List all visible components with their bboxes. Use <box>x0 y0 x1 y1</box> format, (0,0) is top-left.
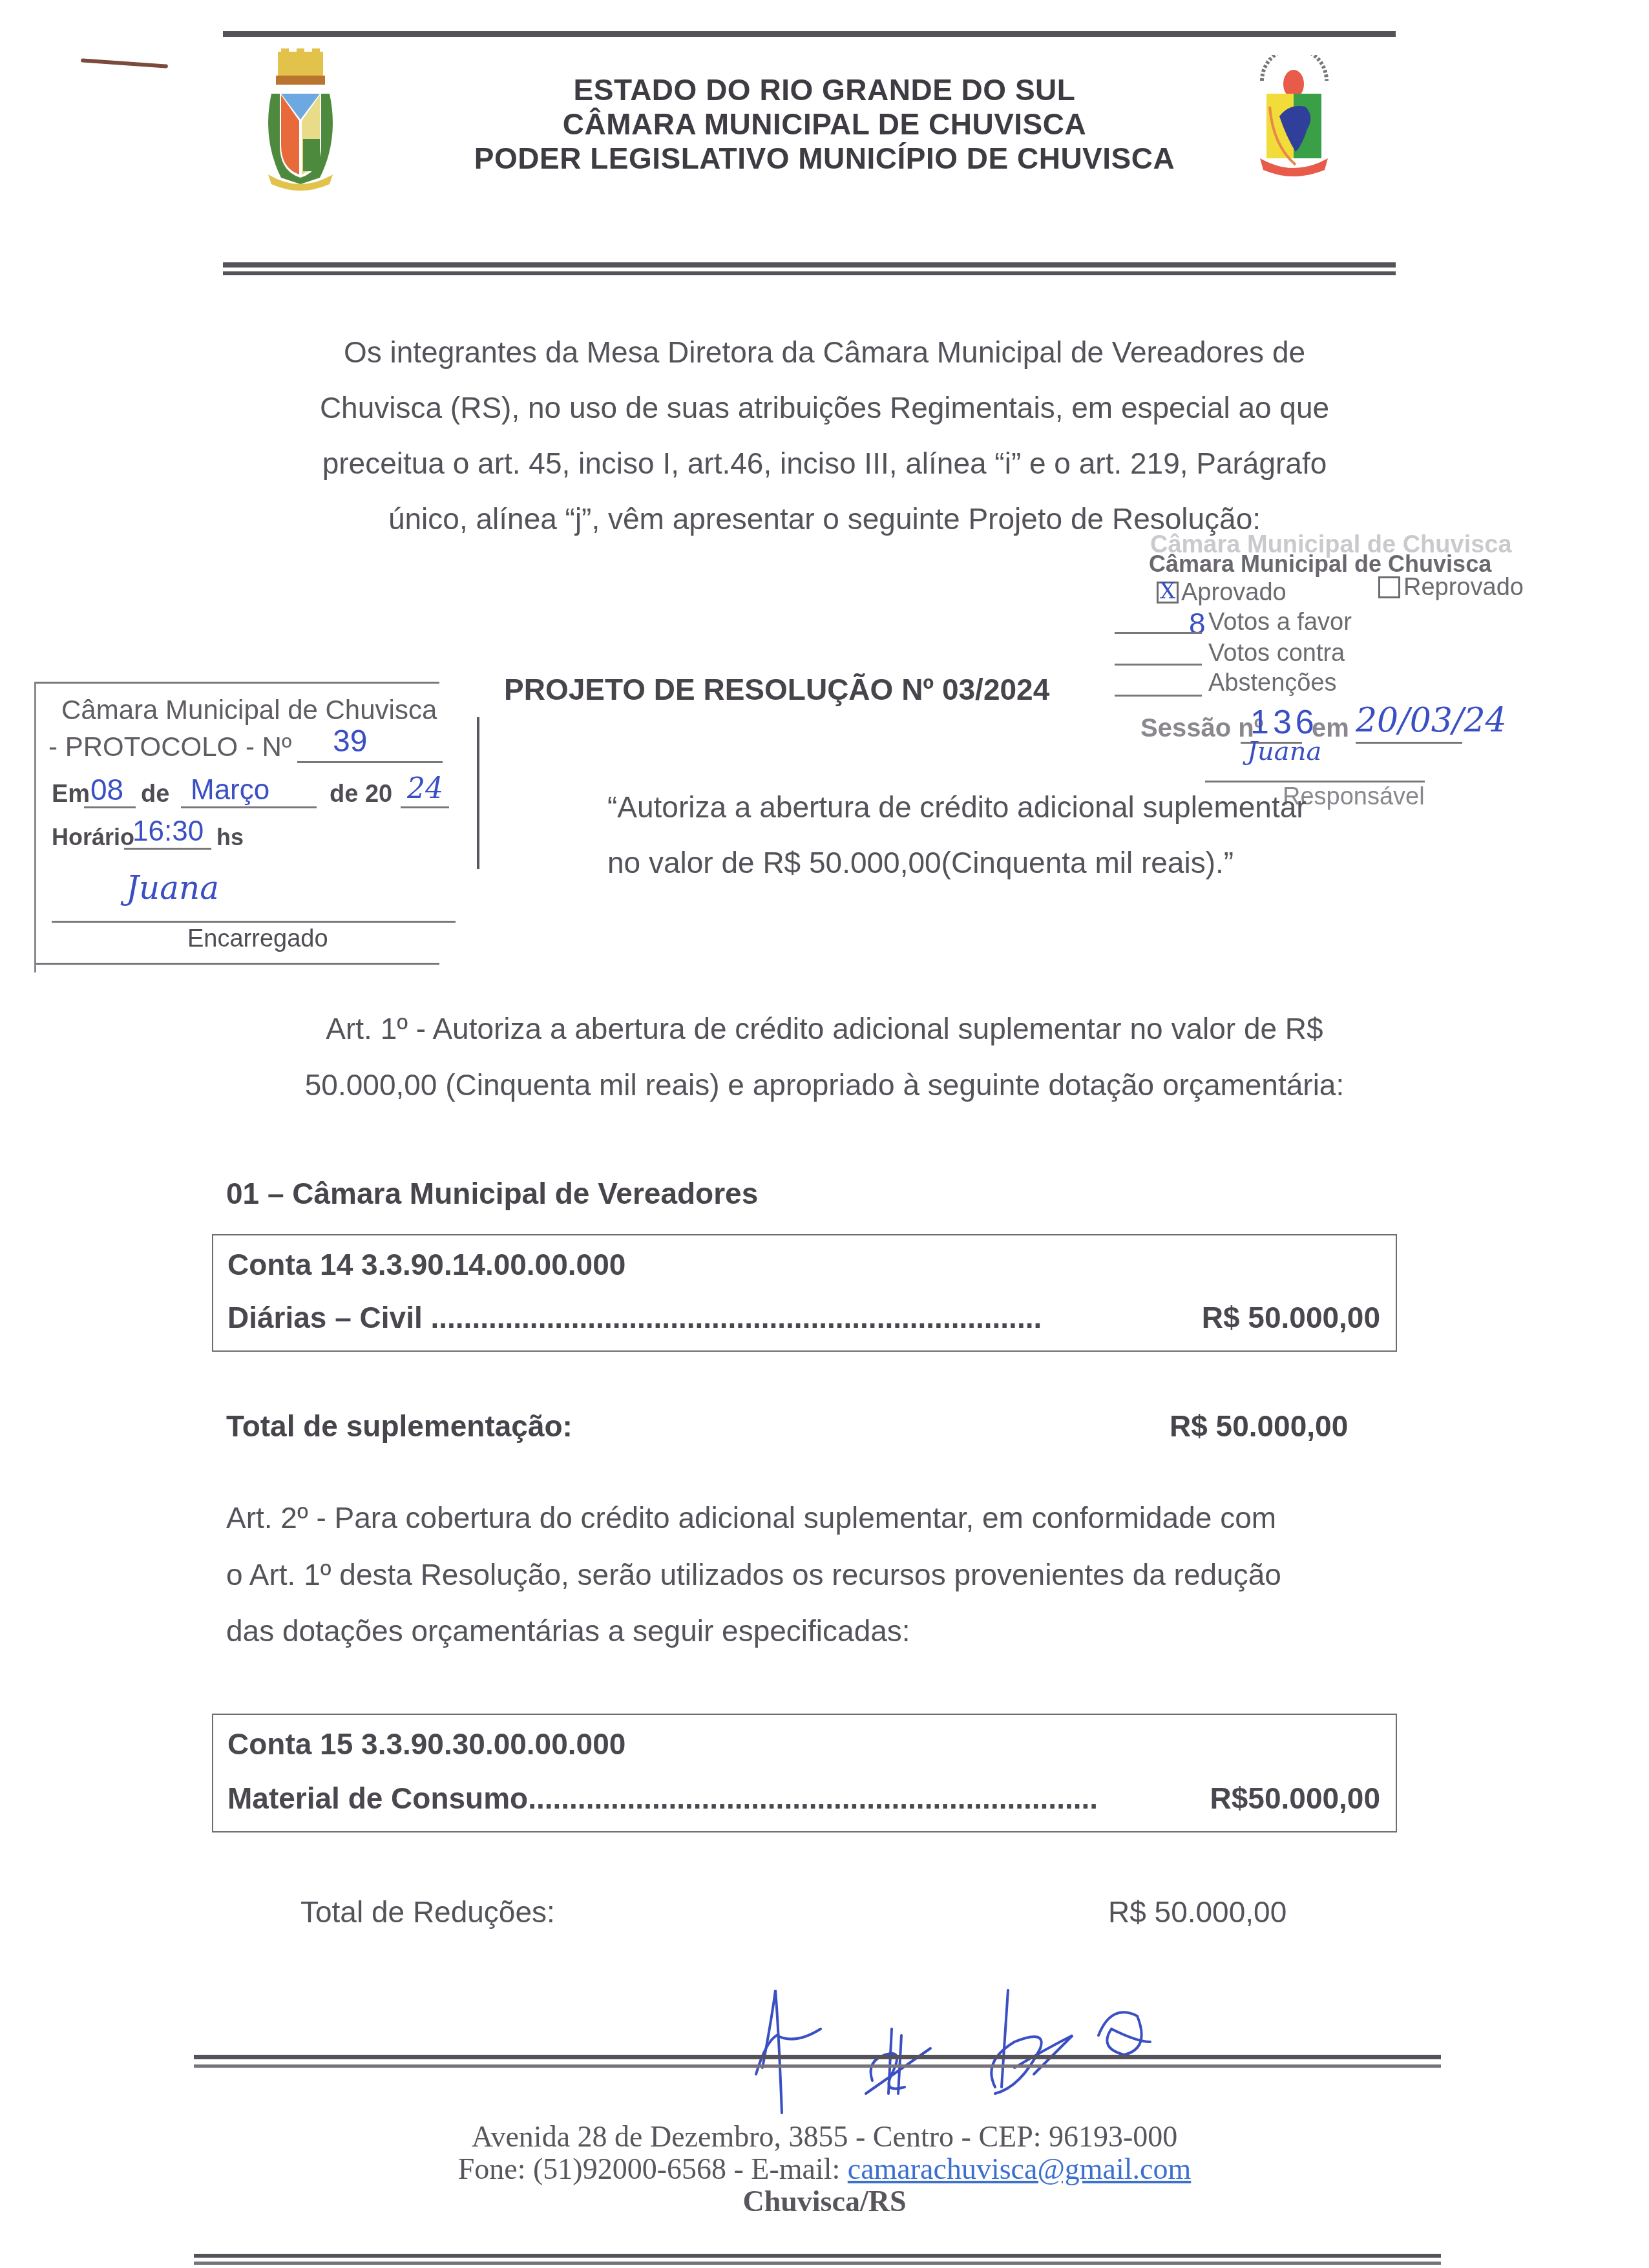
supplement-total-label: Total de suplementação: <box>226 1409 572 1444</box>
reduction-total-label: Total de Reduções: <box>300 1895 555 1929</box>
header-chamber: CÂMARA MUNICIPAL DE CHUVISCA <box>0 107 1649 142</box>
signatures <box>737 1964 1350 2119</box>
session-date-line <box>1356 742 1462 744</box>
time-line <box>124 848 211 850</box>
footer-phone: Fone: (51)92000-6568 - E-mail: <box>458 2152 848 2185</box>
encarregado-line <box>52 921 456 923</box>
footer-contact: Fone: (51)92000-6568 - E-mail: camarachu… <box>0 2152 1649 2186</box>
reduction-total-amount: R$ 50.000,00 <box>1108 1895 1287 1929</box>
votes-against-label: Votos contra <box>1208 640 1345 667</box>
role-label: Encarregado <box>187 925 328 953</box>
month-line <box>181 806 317 808</box>
votes-for-value: 8 <box>1189 606 1206 641</box>
protocol-year: 24 <box>407 772 443 805</box>
reduction-account-line: Conta 15 3.3.90.30.00.00.000 <box>227 1727 625 1761</box>
header-double-rule-top <box>223 262 1396 268</box>
header-legislative: PODER LEGISLATIVO MUNICÍPIO DE CHUVISCA <box>0 141 1649 176</box>
footer-double-rule-bottom <box>194 2064 1441 2068</box>
protocol-stamp-left-border <box>34 682 36 972</box>
reduction-account-box: Conta 15 3.3.90.30.00.00.000 Material de… <box>212 1714 1397 1832</box>
approved-label: Aprovado <box>1181 579 1287 607</box>
resolution-title: PROJETO DE RESOLUÇÃO Nº 03/2024 <box>504 672 1049 707</box>
page-bottom-rule-bottom <box>194 2262 1441 2265</box>
month-prefix: de <box>141 781 169 808</box>
protocol-title: Câmara Municipal de Chuvisca <box>61 695 437 726</box>
protocol-stamp-top-border <box>36 682 439 684</box>
header-double-rule-bottom <box>223 271 1396 275</box>
intro-line-1: Os integrantes da Mesa Diretora da Câmar… <box>0 335 1649 370</box>
protocol-number: 39 <box>333 724 367 759</box>
footer-address: Avenida 28 de Dezembro, 3855 - Centro - … <box>0 2119 1649 2154</box>
approved-checkbox[interactable]: X <box>1157 582 1179 604</box>
votes-for-label: Votos a favor <box>1208 609 1352 636</box>
ementa-line-1: “Autoriza a abertura de crédito adiciona… <box>607 790 1307 824</box>
responsible-line <box>1205 781 1425 782</box>
day-line <box>84 806 136 808</box>
protocol-number-line <box>297 761 443 763</box>
approval-signature: Juana <box>1247 737 1321 766</box>
art1-line-2: 50.000,00 (Cinquenta mil reais) e apropr… <box>0 1067 1649 1102</box>
supplement-account-amount: R$ 50.000,00 <box>1202 1300 1380 1335</box>
approved-check-mark: X <box>1160 578 1175 604</box>
handwritten-signatures-icon <box>737 1964 1350 2119</box>
date-prefix: Em <box>52 781 90 808</box>
votes-for-line <box>1115 632 1202 634</box>
footer-double-rule-top <box>194 2055 1441 2059</box>
supplement-account-line: Conta 14 3.3.90.14.00.00.000 <box>227 1247 625 1282</box>
votes-against-line <box>1115 664 1202 666</box>
protocol-time: 16:30 <box>132 815 204 848</box>
rejected-checkbox[interactable] <box>1378 576 1400 598</box>
ementa-line-2: no valor de R$ 50.000,00(Cinquenta mil r… <box>607 845 1234 880</box>
art1-line-1: Art. 1º - Autoriza a abertura de crédito… <box>0 1011 1649 1046</box>
intro-line-2: Chuvisca (RS), no uso de suas atribuiçõe… <box>0 390 1649 425</box>
year-line <box>401 806 449 808</box>
footer-email-link[interactable]: camarachuvisca@gmail.com <box>848 2152 1192 2185</box>
section-heading: 01 – Câmara Municipal de Vereadores <box>226 1176 758 1211</box>
protocol-label: - PROTOCOLO - Nº <box>48 731 291 762</box>
reduction-account-description: Material de Consumo.....................… <box>227 1781 1098 1816</box>
year-prefix: de 20 <box>330 781 392 808</box>
time-suffix: hs <box>216 824 244 851</box>
protocol-stamp-right-border <box>477 717 479 869</box>
legislative-emblem-icon <box>1250 55 1338 178</box>
abstentions-label: Abstenções <box>1208 669 1337 697</box>
supplement-total-amount: R$ 50.000,00 <box>1170 1409 1348 1444</box>
header-state: ESTADO DO RIO GRANDE DO SUL <box>0 72 1649 107</box>
time-label: Horário <box>52 824 134 851</box>
protocol-signature: Juana <box>126 869 219 907</box>
protocol-day: 08 <box>90 772 123 807</box>
session-date: 20/03/24 <box>1356 701 1507 740</box>
art2-line-3: das dotações orçamentárias a seguir espe… <box>226 1613 910 1648</box>
stray-pen-mark <box>81 58 168 68</box>
protocol-month: Março <box>191 774 269 806</box>
footer-city: Chuvisca/RS <box>0 2184 1649 2218</box>
reduction-account-amount: R$50.000,00 <box>1210 1781 1380 1816</box>
art2-line-1: Art. 2º - Para cobertura do crédito adic… <box>226 1500 1276 1535</box>
intro-line-3: preceitua o art. 45, inciso I, art.46, i… <box>0 446 1649 481</box>
header-top-rule <box>223 31 1396 37</box>
art2-line-2: o Art. 1º desta Resolução, serão utiliza… <box>226 1557 1281 1592</box>
rejected-label: Reprovado <box>1403 574 1524 602</box>
supplement-account-description: Diárias – Civil ........................… <box>227 1300 1042 1335</box>
supplement-account-box: Conta 14 3.3.90.14.00.00.000 Diárias – C… <box>212 1234 1397 1352</box>
session-number: 136 <box>1250 703 1318 742</box>
protocol-stamp-bottom-border <box>36 963 439 965</box>
page-bottom-rule-top <box>194 2254 1441 2258</box>
abstentions-line <box>1115 695 1202 697</box>
session-label: Sessão nº <box>1140 714 1263 743</box>
